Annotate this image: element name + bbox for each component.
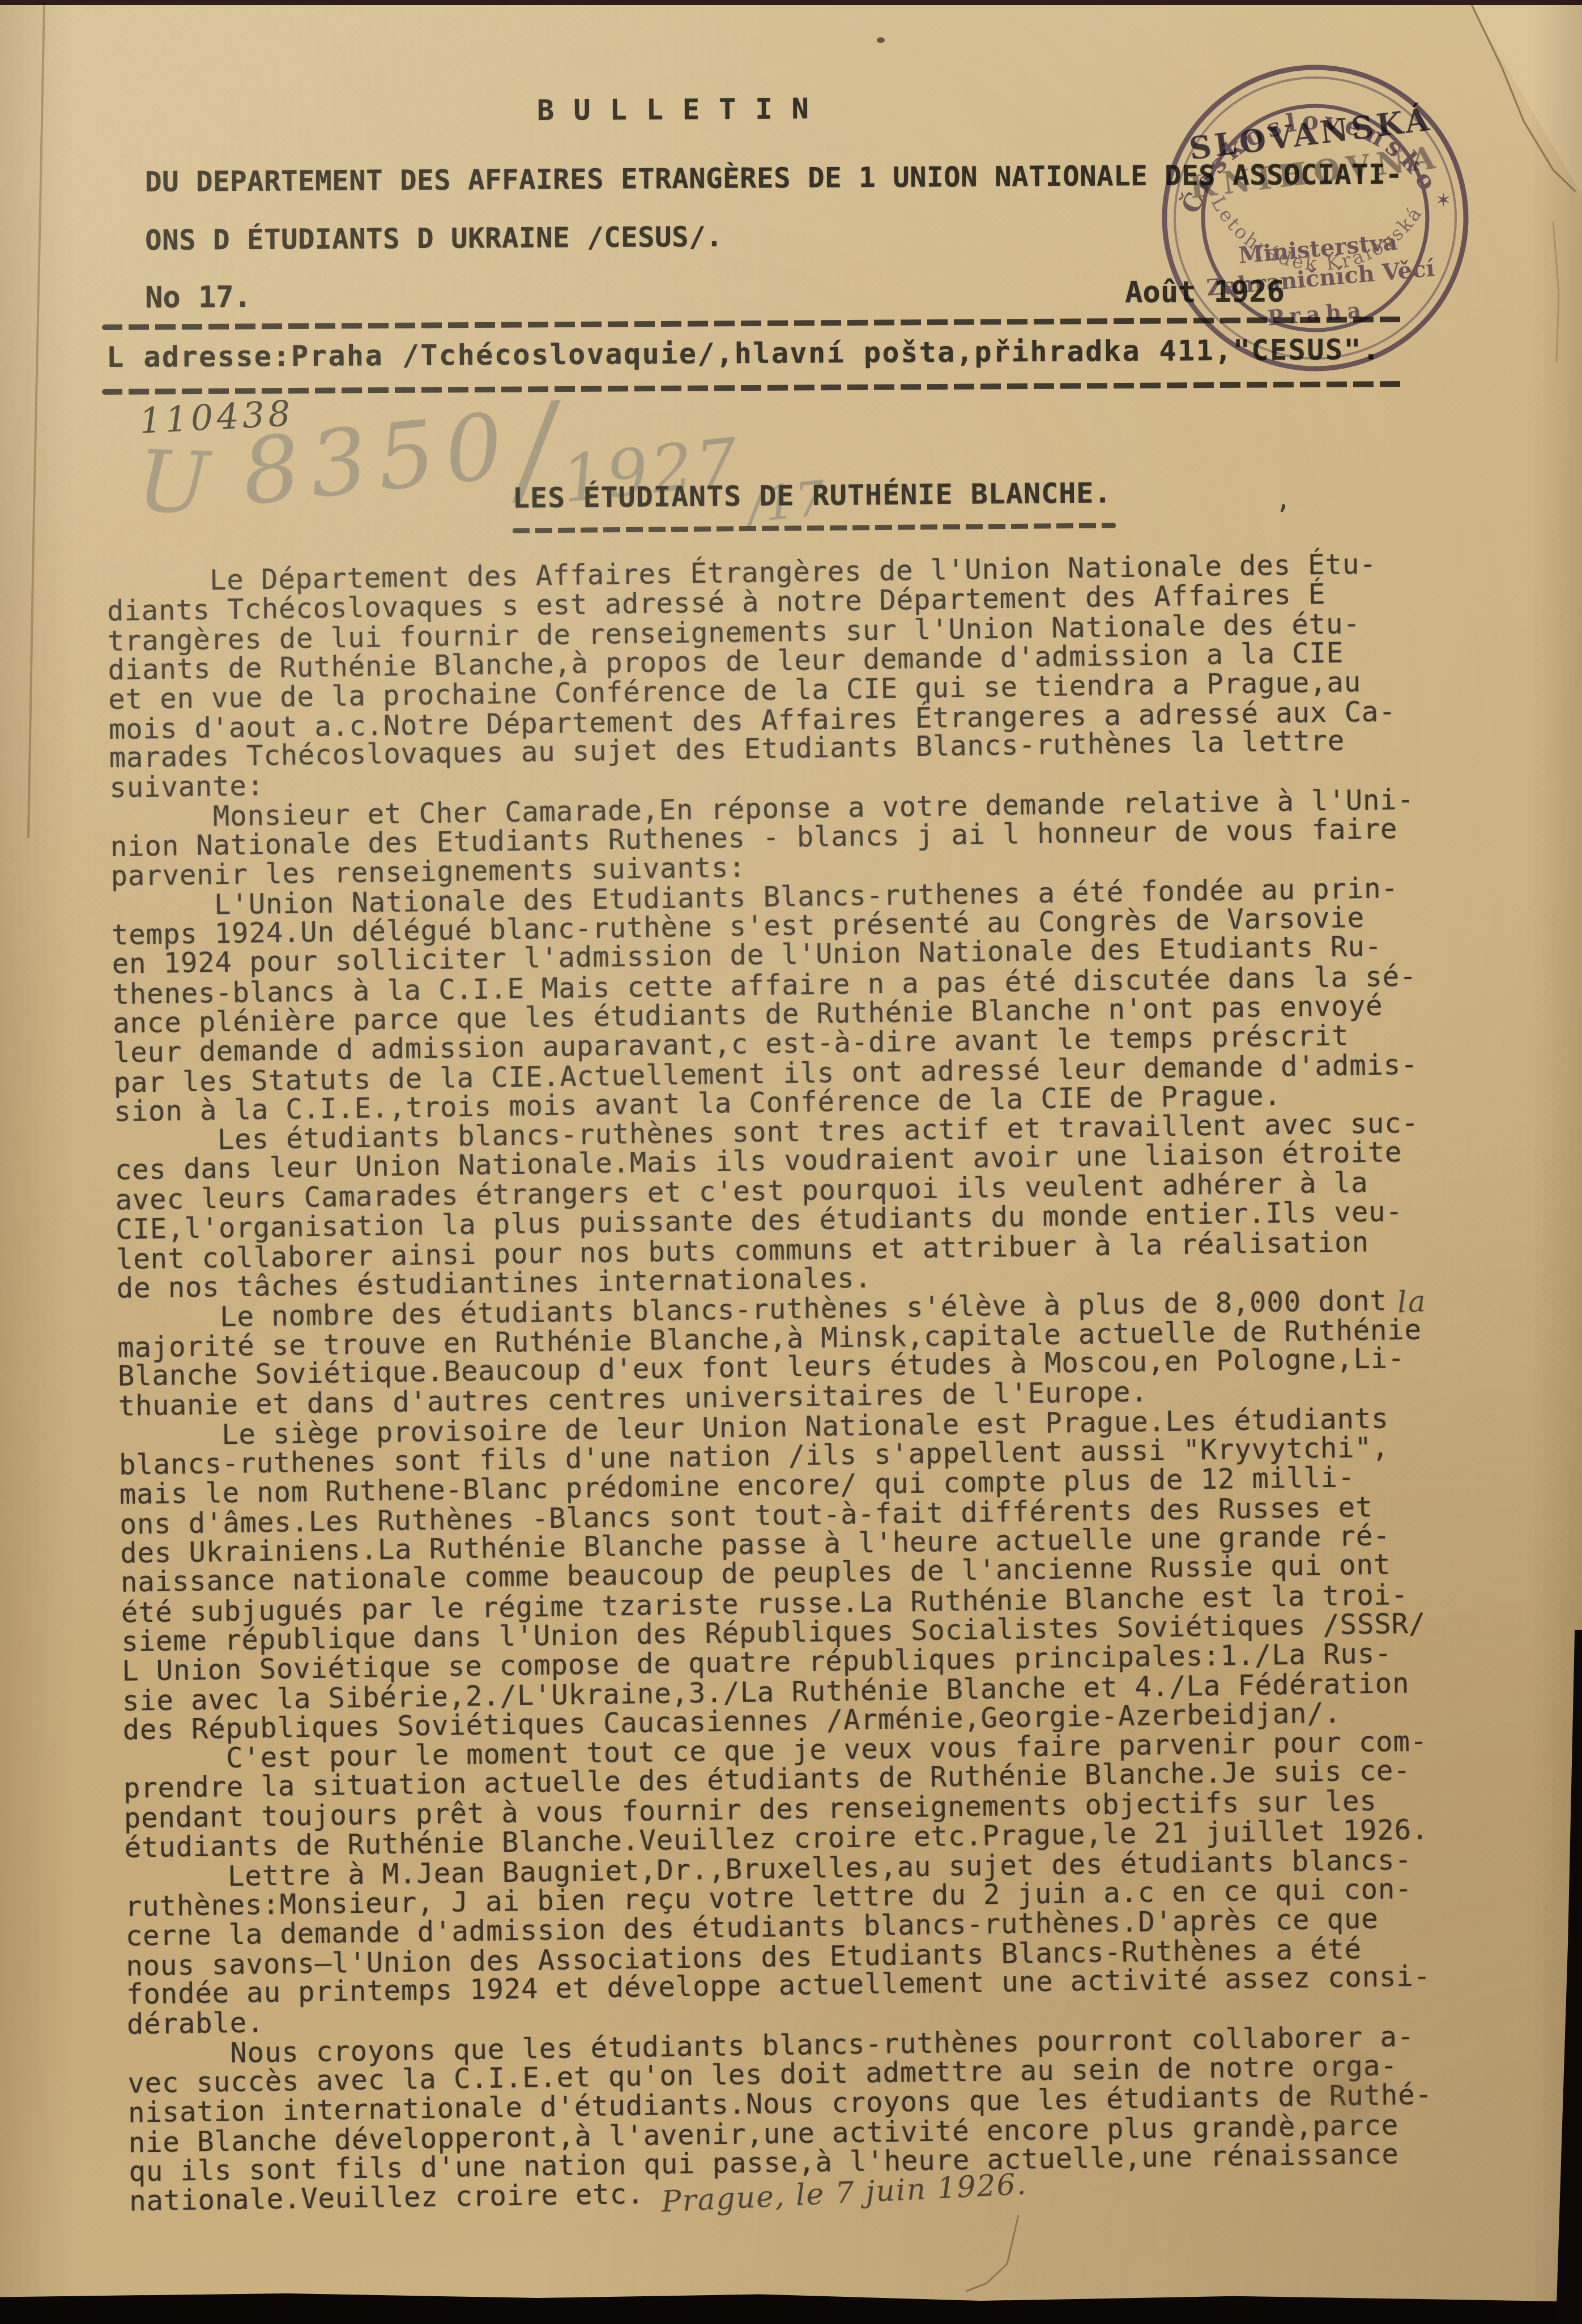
bulletin-masthead: B U L L E T I N xyxy=(537,92,810,127)
pencil-letter: U xyxy=(136,432,211,533)
round-ministry-stamp: Československo Letohrádek Královská obor… xyxy=(1157,59,1474,377)
stray-comma-mark: , xyxy=(1276,484,1291,515)
pencil-number: 8350 xyxy=(237,392,518,526)
scan-edge-top xyxy=(0,0,1582,5)
scan-edge-bottom xyxy=(0,2278,1582,2324)
paper-stain xyxy=(1291,2039,1393,2152)
ink-speck xyxy=(877,37,885,43)
corner-crease-highlight xyxy=(1467,0,1582,195)
left-fold-crease xyxy=(28,2,44,838)
scanned-bulletin-page: B U L L E T I N DU DEPARTEMENT DES AFFAI… xyxy=(0,0,1582,2324)
scan-edge-right xyxy=(1556,1630,1582,2324)
article-title: LES ÉTUDIANTS DE RUTHÉNIE BLANCHE. xyxy=(513,476,1112,514)
issue-number: No 17. xyxy=(145,280,251,315)
stamp-inner-line-3: Praha. xyxy=(1267,296,1381,331)
corner-crack-line xyxy=(1472,5,1575,191)
stamp-star-icon: ✶ xyxy=(1435,189,1452,212)
bottom-crack-line xyxy=(966,2215,1018,2291)
letter-body-text: Le Département des Affaires Étrangères d… xyxy=(106,548,1523,2216)
right-edge-crease xyxy=(1553,221,1559,362)
organization-line-2: ONS D ÉTUDIANTS D UKRAINE /CESUS/. xyxy=(145,221,723,257)
